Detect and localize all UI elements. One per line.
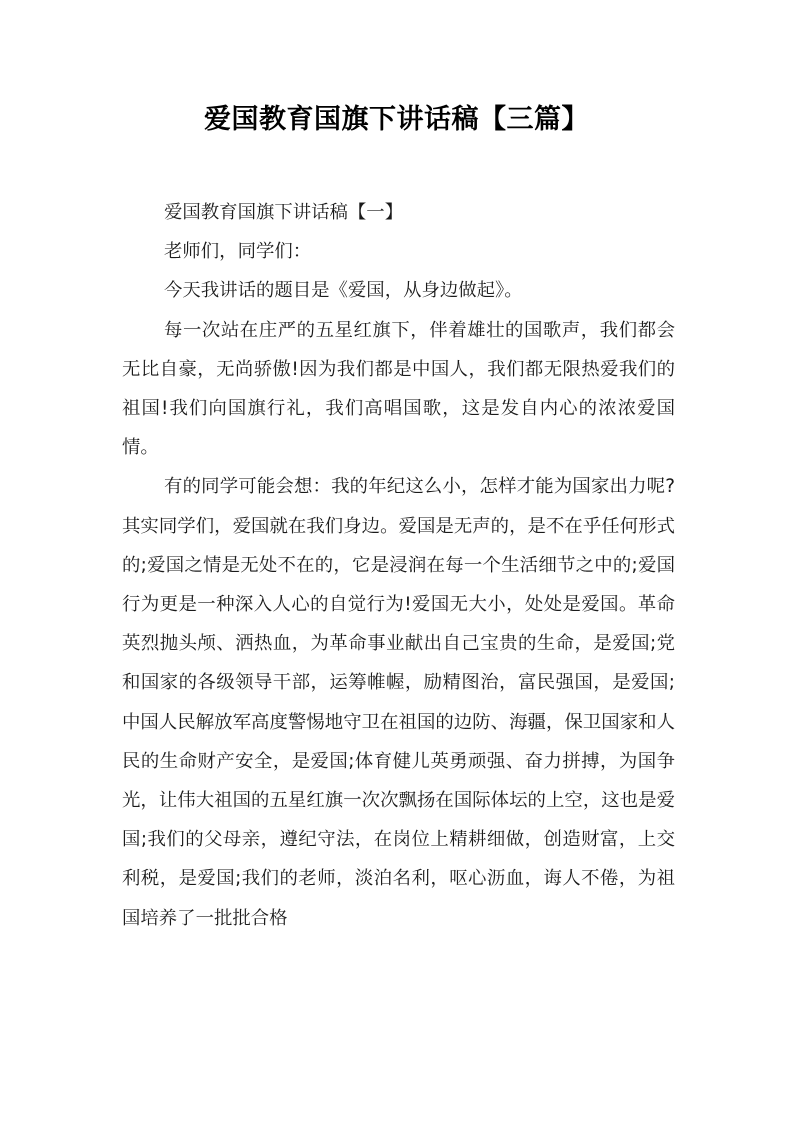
section-heading: 爱国教育国旗下讲话稿【一】	[122, 193, 675, 232]
document-title: 爱国教育国旗下讲话稿【三篇】	[0, 100, 793, 140]
body-paragraph: 每一次站在庄严的五星红旗下，伴着雄壮的国歌声，我们都会无比自豪，无尚骄傲!因为我…	[122, 311, 675, 468]
salutation-paragraph: 老师们，同学们：	[122, 232, 675, 271]
intro-paragraph: 今天我讲话的题目是《爱国，从身边做起》。	[122, 271, 675, 310]
document-body: 爱国教育国旗下讲话稿【一】 老师们，同学们： 今天我讲话的题目是《爱国，从身边做…	[122, 193, 675, 938]
body-paragraph: 有的同学可能会想：我的年纪这么小，怎样才能为国家出力呢?其实同学们，爱国就在我们…	[122, 467, 675, 937]
document-page: 爱国教育国旗下讲话稿【三篇】 爱国教育国旗下讲话稿【一】 老师们，同学们： 今天…	[0, 0, 793, 1122]
